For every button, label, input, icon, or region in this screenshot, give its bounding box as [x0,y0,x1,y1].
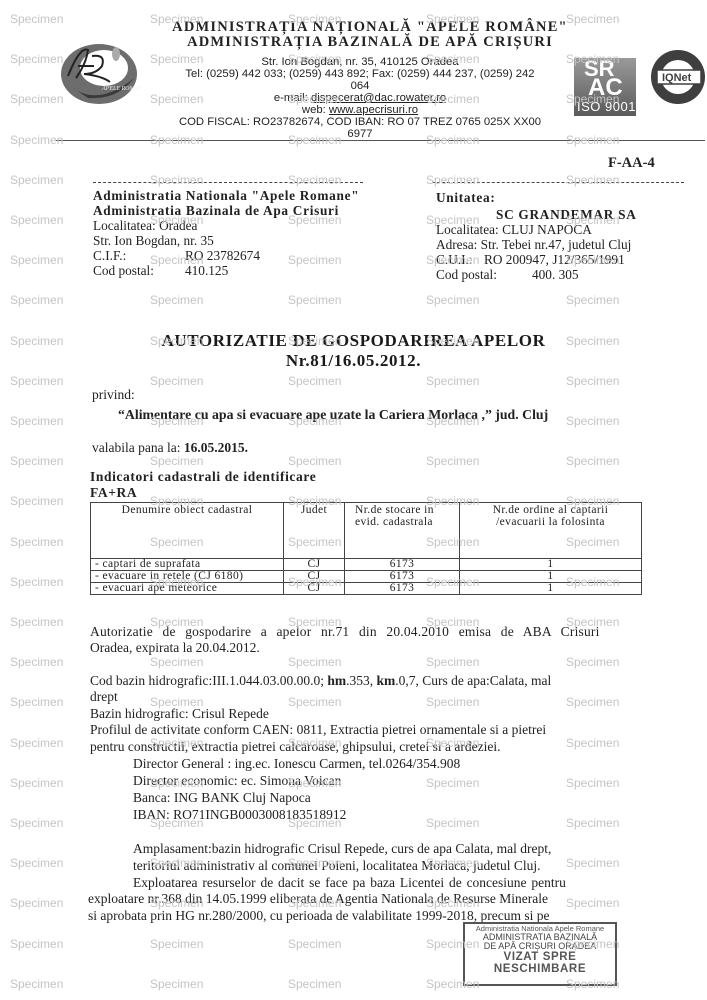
specimen-watermark: Specimen [10,856,63,870]
specimen-watermark: Specimen [10,977,63,991]
table-cell: CJ [284,559,345,571]
specimen-watermark: Specimen [10,173,63,187]
iqnet-certification-badge: IQNet [649,44,707,110]
specimen-watermark: Specimen [426,293,479,307]
table-cell: 1 [460,571,642,583]
table-cell: CJ [284,583,345,595]
specimen-watermark: Specimen [566,736,619,750]
table-cell: CJ [284,571,345,583]
letterhead-fiscal: COD FISCAL: RO23782674, COD IBAN: RO 07 … [140,116,580,128]
specimen-watermark: Specimen [10,52,63,66]
cadastral-subheading: FA+RA [90,485,137,501]
email-label: e-mail: [274,92,308,104]
specimen-watermark: Specimen [426,173,479,187]
bank-name: Banca: ING BANK Cluj Napoca [133,790,311,806]
specimen-watermark: Specimen [426,776,479,790]
approval-stamp: Administratia Nationala Apele Romane ADM… [463,922,617,986]
col-denumire: Denumire obiect cadastral [91,503,284,559]
location-line-4: exploatare nr.368 din 14.05.1999 elibera… [88,891,548,907]
specimen-watermark: Specimen [566,293,619,307]
table-cell: 1 [460,559,642,571]
specimen-watermark: Specimen [288,374,341,388]
document-number: Nr.81/16.05.2012. [0,351,707,371]
col-nr-ordine: Nr.de ordine al captarii /evacuarii la f… [460,503,642,559]
table-cell: 6173 [345,571,460,583]
letterhead-phone: Tel: (0259) 442 033; (0259) 443 892; Fax… [140,68,580,80]
specimen-watermark: Specimen [10,213,63,227]
unit-postal: Cod postal:400. 305 [436,267,637,282]
specimen-watermark: Specimen [566,816,619,830]
specimen-watermark: Specimen [10,615,63,629]
specimen-watermark: Specimen [150,173,203,187]
stamp-line-4: VIZAT SPRE [465,951,615,963]
specimen-watermark: Specimen [288,173,341,187]
specimen-watermark: Specimen [426,816,479,830]
unit-name: SC GRANDEMAR SA [436,207,637,222]
specimen-watermark: Specimen [150,655,203,669]
specimen-watermark: Specimen [566,173,619,187]
stamp-line-3: DE APĂ CRIȘURI ORADEA [465,942,615,951]
specimen-watermark: Specimen [566,695,619,709]
col-judet: Judet [284,503,345,559]
regarding-text: “Alimentare cu apa si evacuare ape uzate… [118,407,548,423]
letterhead-web-row: web: www.apecrisuri.ro [140,104,580,116]
unit-dashed-rule [432,182,684,183]
specimen-watermark: Specimen [10,374,63,388]
stamp-line-5: NESCHIMBARE [465,963,615,975]
specimen-watermark: Specimen [566,414,619,428]
issuer-name-1: Administratia Nationala "Apele Romane" [93,188,359,203]
issuer-postal: Cod postal:410.125 [93,263,359,278]
issuer-dashed-rule [93,182,363,183]
specimen-watermark: Specimen [288,293,341,307]
cadastral-table: Denumire obiect cadastral Judet Nr.de st… [90,502,642,595]
logo-caption: APELE ROMANE [101,86,140,92]
unit-label: Unitatea: [436,190,637,205]
table-cell: 6173 [345,559,460,571]
specimen-watermark: Specimen [426,655,479,669]
unit-cui: C.U.I.:RO 200947, J12/365/1991 [436,252,637,267]
specimen-watermark: Specimen [566,374,619,388]
document-title: AUTORIZATIE DE GOSPODARIREA APELOR [0,331,707,351]
letterhead-divider [55,140,705,141]
specimen-watermark: Specimen [10,535,63,549]
email-link[interactable]: dispecerat@dac.rowater.ro [311,92,446,104]
unit-block: Unitatea: SC GRANDEMAR SA Localitatea: C… [436,190,637,282]
specimen-watermark: Specimen [10,776,63,790]
specimen-watermark: Specimen [426,695,479,709]
form-code: F-AA-4 [608,156,655,171]
specimen-watermark: Specimen [150,977,203,991]
letterhead-email-row: e-mail: dispecerat@dac.rowater.ro [140,92,580,104]
table-cell: - evacuari ape meteorice [91,583,284,595]
activity-profile-line-2: pentru constructii, extractia pietrei ca… [90,739,500,755]
specimen-watermark: Specimen [10,12,63,26]
basin-name: Bazin hidrografic: Crisul Repede [90,706,269,722]
specimen-watermark: Specimen [10,293,63,307]
letterhead-fiscal-cont: 6977 [140,128,580,140]
unit-locality: Localitatea: CLUJ NAPOCA [436,222,637,237]
specimen-watermark: Specimen [288,937,341,951]
iban: IBAN: RO71INGB0003008183518912 [133,807,346,823]
table-cell: - captari de suprafata [91,559,284,571]
specimen-watermark: Specimen [10,92,63,106]
letterhead-address: Str. Ion Bogdan, nr. 35, 410125 Oradea [140,56,580,68]
specimen-watermark: Specimen [426,454,479,468]
activity-profile-line-1: Profilul de activitate conform CAEN: 081… [90,722,546,738]
validity-date: 16.05.2015. [184,440,248,455]
specimen-watermark: Specimen [10,575,63,589]
specimen-watermark: Specimen [566,454,619,468]
web-link[interactable]: www.apecrisuri.ro [329,104,418,116]
table-cell: - evacuare in retele (CJ 6180) [91,571,284,583]
issuer-block: Administratia Nationala "Apele Romane" A… [93,188,359,278]
specimen-watermark: Specimen [288,977,341,991]
basin-code-row: Cod bazin hidrografic:III.1.044.03.00.00… [90,673,551,689]
table-cell: 1 [460,583,642,595]
issuer-locality: Localitatea: Oradea [93,218,359,233]
cadastral-heading: Indicatori cadastrali de identificare [90,469,316,485]
validity-row: valabila pana la: 16.05.2015. [92,440,248,456]
specimen-watermark: Specimen [566,896,619,910]
svg-text:IQNet: IQNet [662,72,692,84]
specimen-watermark: Specimen [10,816,63,830]
validity-label: valabila pana la: [92,440,180,455]
director-general: Director General : ing.ec. Ionescu Carme… [133,756,460,772]
specimen-watermark: Specimen [150,937,203,951]
specimen-watermark: Specimen [10,454,63,468]
previous-authorization-line-2: Oradea, expirata la 20.04.2012. [90,640,260,656]
col-nr-stocare: Nr.de stocare in evid. cadastrala [345,503,460,559]
issuer-name-2: Administratia Bazinala de Apa Crisuri [93,203,359,218]
issuer-cif: C.I.F.:RO 23782674 [93,248,359,263]
table-cell: 6173 [345,583,460,595]
regarding-label: privind: [92,387,135,403]
specimen-watermark: Specimen [10,414,63,428]
specimen-watermark: Specimen [566,655,619,669]
specimen-watermark: Specimen [10,655,63,669]
previous-authorization-line-1: Autorizatie de gospodarire a apelor nr.7… [90,624,600,640]
location-line-3: Exploatarea resurselor de dacit se face … [133,875,566,891]
basin-code-cont: drept [90,689,118,705]
table-row: - evacuari ape meteoriceCJ61731 [91,583,642,595]
letterhead-title-2: ADMINISTRAȚIA BAZINALĂ DE APĂ CRIȘURI [160,34,580,51]
location-line-1: Amplasament:bazin hidrografic Crisul Rep… [133,841,551,857]
specimen-watermark: Specimen [10,896,63,910]
specimen-watermark: Specimen [10,736,63,750]
specimen-watermark: Specimen [288,655,341,669]
specimen-watermark: Specimen [10,937,63,951]
table-row: - evacuare in retele (CJ 6180)CJ61731 [91,571,642,583]
specimen-watermark: Specimen [426,374,479,388]
apele-romane-logo: APELE ROMANE [58,38,140,106]
director-economic: Director economic: ec. Simona Voican [133,773,341,789]
specimen-watermark: Specimen [10,695,63,709]
table-header-row: Denumire obiect cadastral Judet Nr.de st… [91,503,642,559]
srac-iso-9001-badge: SR AC ISO 9001 [574,58,636,116]
specimen-watermark: Specimen [10,253,63,267]
specimen-watermark: Specimen [288,454,341,468]
letterhead-phone-cont: 064 [140,80,580,92]
issuer-street: Str. Ion Bogdan, nr. 35 [93,233,359,248]
specimen-watermark: Specimen [566,856,619,870]
table-row: - captari de suprafataCJ61731 [91,559,642,571]
location-line-2: teritoriul administrativ al comunei Poie… [133,858,541,874]
unit-address: Adresa: Str. Tebei nr.47, judetul Cluj [436,237,637,252]
specimen-watermark: Specimen [150,374,203,388]
specimen-watermark: Specimen [150,454,203,468]
web-label: web: [302,104,326,116]
specimen-watermark: Specimen [566,776,619,790]
specimen-watermark: Specimen [288,695,341,709]
specimen-watermark: Specimen [10,494,63,508]
specimen-watermark: Specimen [150,293,203,307]
